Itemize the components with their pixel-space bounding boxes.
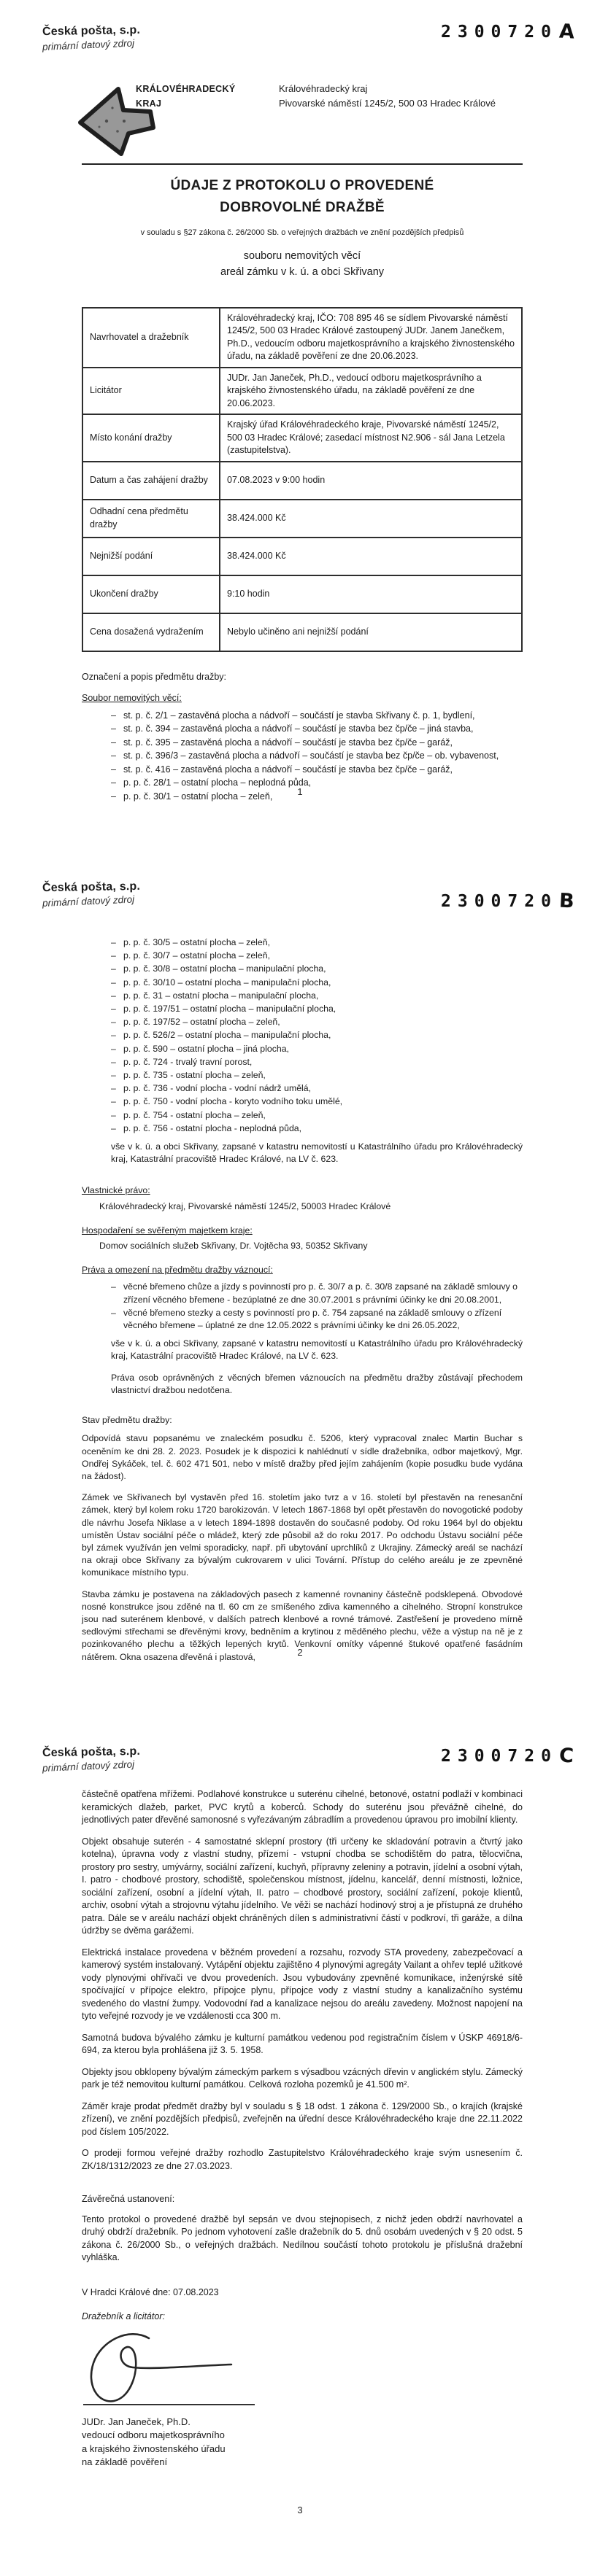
list-item: st. p. č. 394 – zastavěná plocha a nádvo…	[111, 723, 523, 736]
document-title-line1: ÚDAJE Z PROTOKOLU O PROVEDENÉ	[82, 175, 523, 197]
condition-paragraph: Zámek ve Skřivanech byl vystavěn před 16…	[82, 1491, 523, 1579]
encumbrance-list: věcné břemeno chůze a jízdy s povinností…	[82, 1281, 523, 1332]
encumbrance-cadastre-note: vše v k. ú. a obci Skřivany, zapsané v k…	[111, 1338, 523, 1362]
management-heading: Hospodaření se svěřeným majetkem kraje:	[82, 1225, 523, 1237]
table-row: Cena dosažená vydražením Nebylo učiněno …	[82, 613, 522, 651]
row-label: Ukončení dražby	[82, 575, 220, 613]
postal-data-source-note: primární datový zdroj	[42, 1758, 141, 1774]
list-item: p. p. č. 30/5 – ostatní plocha – zeleň,	[111, 936, 523, 949]
stamp-letter-b: B	[558, 889, 574, 912]
auction-subject-line2: areál zámku v k. ú. a obci Skřivany	[82, 265, 523, 281]
row-value: Krajský úřad Královéhradeckého kraje, Pi…	[220, 414, 522, 462]
place-and-date: V Hradci Králové dne: 07.08.2023	[82, 2286, 523, 2300]
letterhead-divider	[82, 163, 523, 165]
page1-content: KRÁLOVÉHRADECKÝ KRAJ Královéhradecký kra…	[82, 82, 523, 804]
list-item: p. p. č. 526/2 – ostatní plocha – manipu…	[111, 1029, 523, 1041]
list-item: p. p. č. 735 - ostatní plocha – zeleň,	[111, 1069, 523, 1082]
list-item: věcné břemeno stezky a cesty s povinnost…	[111, 1307, 523, 1332]
signer-role-label: Dražebník a licitátor:	[82, 2311, 523, 2324]
postal-data-source-note: primární datový zdroj	[42, 893, 141, 909]
table-row: Místo konání dražby Krajský úřad Králové…	[82, 414, 522, 462]
list-item: věcné břemeno chůze a jízdy s povinností…	[111, 1281, 523, 1306]
cadastre-note: vše v k. ú. a obci Skřivany, zapsané v k…	[111, 1141, 523, 1165]
table-row: Ukončení dražby 9:10 hodin	[82, 575, 522, 613]
list-item: st. p. č. 2/1 – zastavěná plocha a nádvo…	[111, 710, 523, 723]
document-number-stamp: 2300720 A	[441, 20, 574, 43]
list-item: st. p. č. 416 – zastavěná plocha a nádvo…	[111, 764, 523, 777]
page3-content: částečně opatřena mřížemi. Podlahové kon…	[82, 1788, 523, 2470]
region-logo-wordmark: KRÁLOVÉHRADECKÝ KRAJ	[136, 82, 235, 111]
table-row: Navrhovatel a dražebník Královéhradecký …	[82, 308, 522, 368]
row-label: Odhadní cena předmětu dražby	[82, 500, 220, 538]
document-page-1: Česká pošta, s.p. primární datový zdroj …	[0, 0, 600, 861]
postal-org-name: Česká pošta, s.p.	[42, 1745, 140, 1760]
postal-header: Česká pošta, s.p. primární datový zdroj	[42, 881, 140, 907]
row-label: Nejnižší podání	[82, 538, 220, 575]
ownership-heading: Vlastnické právo:	[82, 1184, 523, 1197]
condition-heading: Stav předmětu dražby:	[82, 1414, 523, 1427]
row-label: Licitátor	[82, 368, 220, 415]
row-value: 9:10 hodin	[220, 575, 522, 613]
condition-paragraph: Záměr kraje prodat předmět dražby byl v …	[82, 2100, 523, 2139]
row-value: 07.08.2023 v 9:00 hodin	[220, 462, 522, 500]
postal-data-source-note: primární datový zdroj	[42, 37, 141, 53]
list-item: p. p. č. 750 - vodní plocha - koryto vod…	[111, 1095, 523, 1108]
postal-header: Česká pošta, s.p. primární datový zdroj	[42, 1746, 140, 1772]
auction-subject-line1: souboru nemovitých věcí	[82, 249, 523, 265]
table-row: Datum a čas zahájení dražby 07.08.2023 v…	[82, 462, 522, 500]
table-row: Odhadní cena předmětu dražby 38.424.000 …	[82, 500, 522, 538]
postal-org-name: Česká pošta, s.p.	[42, 880, 140, 895]
list-item: p. p. č. 590 – ostatní plocha – jiná plo…	[111, 1043, 523, 1055]
document-number-stamp: 2300720 B	[441, 890, 574, 912]
row-label: Navrhovatel a dražebník	[82, 308, 220, 368]
row-label: Datum a čas zahájení dražby	[82, 462, 220, 500]
list-item: p. p. č. 30/10 – ostatní plocha – manipu…	[111, 977, 523, 989]
management-value: Domov sociálních služeb Skřivany, Dr. Vo…	[99, 1240, 523, 1252]
ownership-value: Královéhradecký kraj, Pivovarské náměstí…	[99, 1200, 523, 1213]
row-label: Místo konání dražby	[82, 414, 220, 462]
row-value: Královéhradecký kraj, IČO: 708 895 46 se…	[220, 308, 522, 368]
condition-paragraph: O prodeji formou veřejné dražby rozhodlo…	[82, 2147, 523, 2173]
condition-paragraph: částečně opatřena mřížemi. Podlahové kon…	[82, 1788, 523, 1827]
signature-scribble	[82, 2328, 301, 2408]
list-item: p. p. č. 197/52 – ostatní plocha – zeleň…	[111, 1016, 523, 1028]
row-label: Cena dosažená vydražením	[82, 613, 220, 651]
final-provisions-heading: Závěrečná ustanovení:	[82, 2193, 523, 2206]
letterhead: KRÁLOVÉHRADECKÝ KRAJ Královéhradecký kra…	[82, 82, 523, 160]
stamp-letter-a: A	[558, 20, 575, 43]
logo-word-line2: KRAJ	[136, 96, 235, 111]
list-item: p. p. č. 30/8 – ostatní plocha – manipul…	[111, 963, 523, 975]
letterhead-address-block: Královéhradecký kraj Pivovarské náměstí …	[279, 82, 496, 111]
table-row: Licitátor JUDr. Jan Janeček, Ph.D., vedo…	[82, 368, 522, 415]
list-item: p. p. č. 31 – ostatní plocha – manipulač…	[111, 990, 523, 1002]
logo-word-line1: KRÁLOVÉHRADECKÝ	[136, 82, 235, 96]
page2-content: p. p. č. 30/5 – ostatní plocha – zeleň,p…	[82, 936, 523, 1664]
final-provisions-paragraph: Tento protokol o provedené dražbě byl se…	[82, 2214, 523, 2265]
property-set-subheading: Soubor nemovitých věcí:	[82, 692, 523, 705]
stamp-number: 2300720	[441, 23, 558, 42]
row-value: Nebylo učiněno ani nejnižší podání	[220, 613, 522, 651]
letterhead-org-address: Pivovarské náměstí 1245/2, 500 03 Hradec…	[279, 96, 496, 111]
auction-details-table: Navrhovatel a dražebník Královéhradecký …	[82, 307, 523, 652]
document-page-2: Česká pošta, s.p. primární datový zdroj …	[0, 861, 600, 1743]
encumbrance-rights-note: Práva osob oprávněných z věcných břemen …	[111, 1372, 523, 1397]
encumbrances-heading: Práva a omezení na předmětu dražby vázno…	[82, 1264, 523, 1276]
list-item: p. p. č. 197/51 – ostatní plocha – manip…	[111, 1003, 523, 1015]
row-value: 38.424.000 Kč	[220, 500, 522, 538]
page-number: 1	[0, 786, 600, 797]
signature-underline	[83, 2404, 255, 2405]
stamp-number: 2300720	[441, 1747, 558, 1766]
document-title: ÚDAJE Z PROTOKOLU O PROVEDENÉ DOBROVOLNÉ…	[82, 175, 523, 219]
signer-name: JUDr. Jan Janeček, Ph.D.	[82, 2416, 523, 2429]
postal-org-name: Česká pošta, s.p.	[42, 24, 140, 39]
signature-area	[82, 2328, 301, 2414]
stamp-number: 2300720	[441, 892, 558, 911]
condition-paragraph: Odpovídá stavu popsanému ve znaleckém po…	[82, 1432, 523, 1483]
list-item: st. p. č. 395 – zastavěná plocha a nádvo…	[111, 737, 523, 750]
list-item: p. p. č. 724 - trvalý travní porost,	[111, 1056, 523, 1068]
row-value: 38.424.000 Kč	[220, 538, 522, 575]
signer-title-line2: a krajského živnostenského úřadu	[82, 2443, 523, 2456]
list-item: p. p. č. 754 - ostatní plocha – zeleň,	[111, 1109, 523, 1122]
signer-title-line1: vedoucí odboru majetkosprávního	[82, 2429, 523, 2443]
list-item: p. p. č. 736 - vodní plocha - vodní nádr…	[111, 1082, 523, 1095]
postal-header: Česká pošta, s.p. primární datový zdroj	[42, 25, 140, 50]
document-page-3: Česká pošta, s.p. primární datový zdroj …	[0, 1743, 600, 2576]
list-item: p. p. č. 756 - ostatní plocha - neplodná…	[111, 1122, 523, 1135]
auction-subject: souboru nemovitých věcí areál zámku v k.…	[82, 249, 523, 281]
list-item: st. p. č. 396/3 – zastavěná plocha a nád…	[111, 750, 523, 763]
scanned-document: Česká pošta, s.p. primární datový zdroj …	[0, 0, 600, 2576]
row-value: JUDr. Jan Janeček, Ph.D., vedoucí odboru…	[220, 368, 522, 415]
condition-paragraph: Samotná budova bývalého zámku je kulturn…	[82, 2032, 523, 2057]
condition-paragraph: Objekty jsou obklopeny bývalým zámeckým …	[82, 2066, 523, 2092]
table-row: Nejnižší podání 38.424.000 Kč	[82, 538, 522, 575]
page-number: 3	[0, 2505, 600, 2515]
page-number: 2	[0, 1647, 600, 1658]
list-item: p. p. č. 30/7 – ostatní plocha – zeleň,	[111, 950, 523, 962]
legal-reference: v souladu s §27 zákona č. 26/2000 Sb. o …	[82, 228, 523, 238]
letterhead-org-name: Královéhradecký kraj	[279, 82, 496, 96]
subject-description-heading: Označení a popis předmětu dražby:	[82, 671, 523, 684]
stamp-letter-c: C	[558, 1745, 574, 1768]
document-title-line2: DOBROVOLNÉ DRAŽBĚ	[82, 197, 523, 219]
signer-title-line3: na základě pověření	[82, 2456, 523, 2470]
condition-paragraph: Objekt obsahuje suterén - 4 samostatné s…	[82, 1836, 523, 1938]
parcel-list-page2: p. p. č. 30/5 – ostatní plocha – zeleň,p…	[82, 936, 523, 1135]
document-number-stamp: 2300720 C	[441, 1745, 574, 1767]
condition-paragraph: Elektrická instalace provedena v běžném …	[82, 1947, 523, 2023]
